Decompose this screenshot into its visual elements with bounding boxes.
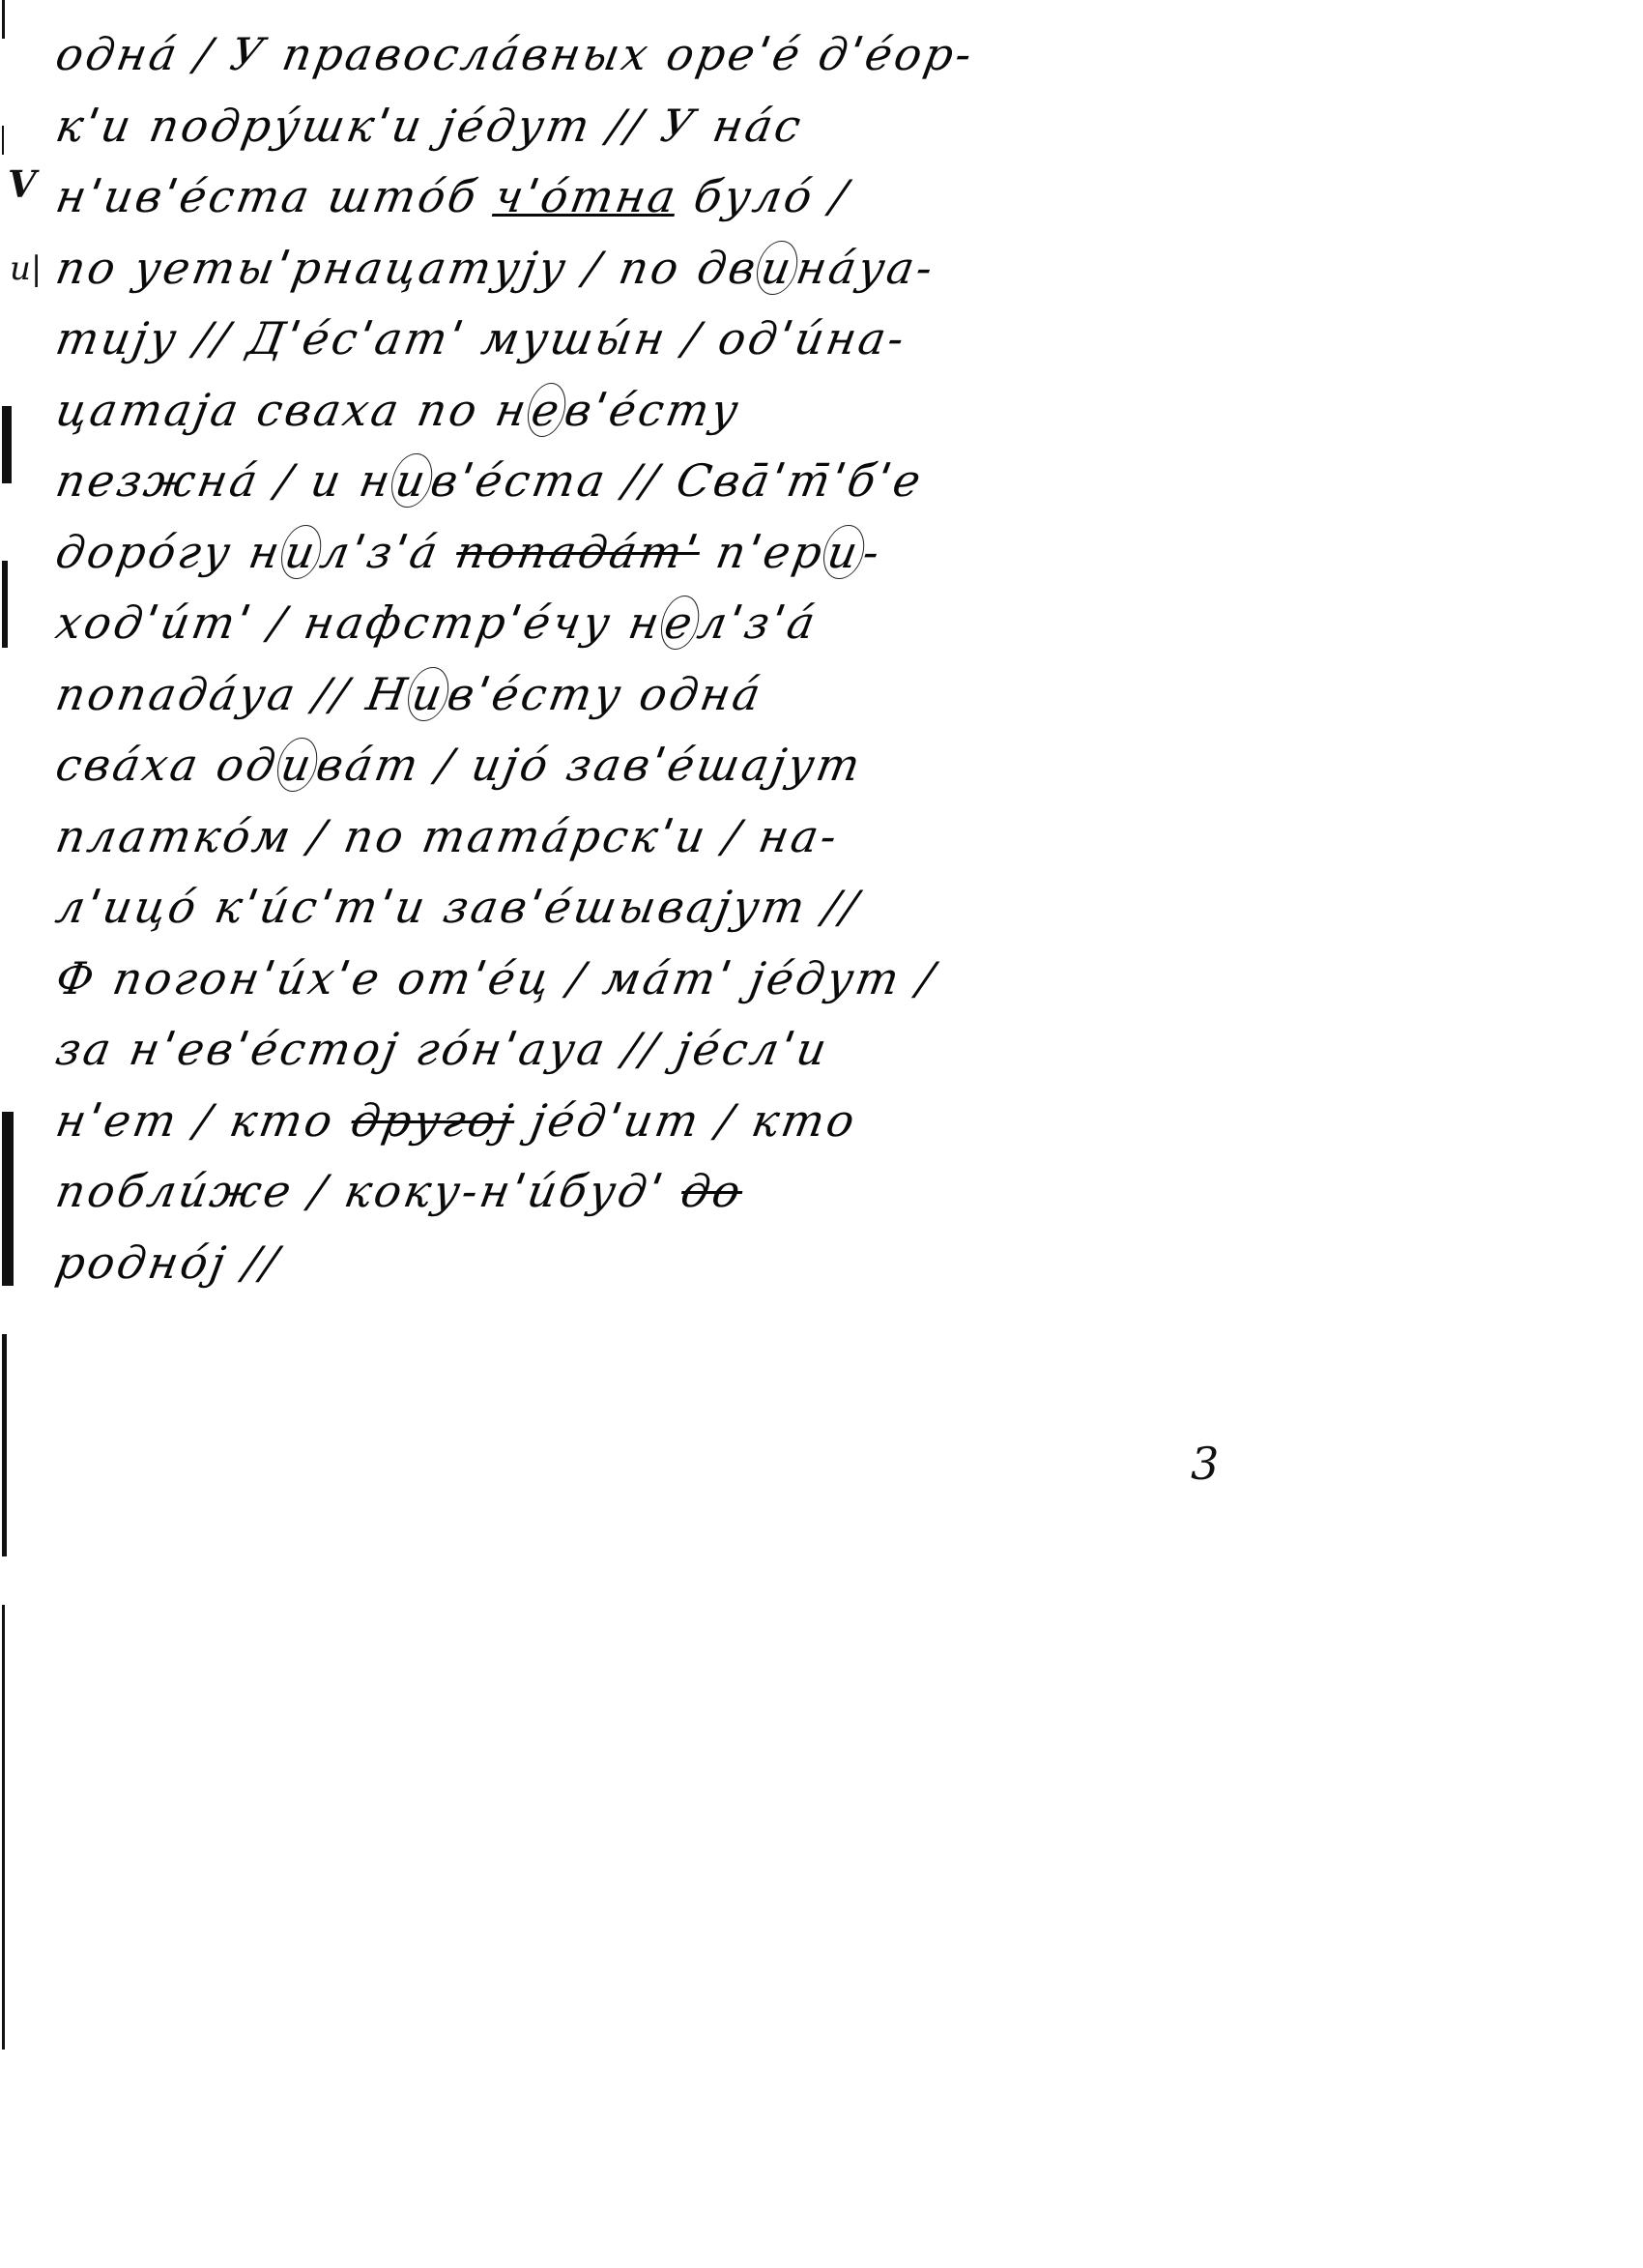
manuscript-line: одна́ / У правосла́вных ореˈе́ дˈе́ор- [50,19,1319,91]
text-segment: jе́дˈит / кто [510,1094,862,1147]
text-segment: попада́уа // Н [52,668,414,720]
page-number: 3 [1191,1438,1219,1490]
manuscript-line: побли́же / коку-нˈи́будˈ до [50,1156,1319,1228]
text-segment: платко́м / по тата́рскˈи / на- [52,810,844,862]
struck-text: другоj [347,1094,519,1147]
margin-checkmark: V [8,162,36,206]
manuscript-line: нˈет / кто другоj jе́дˈит / кто [50,1086,1319,1157]
text-segment: побли́же / коку-нˈи́будˈ [52,1165,686,1217]
text-segment: лˈицо́ кˈи́сˈтˈи завˈе́шываjут // [52,881,864,933]
text-segment: по уетыˈрнацатуjу / по дв [52,242,763,294]
text-segment: за нˈевˈе́стоj го́нˈауа // jе́слˈи [52,1023,833,1075]
text-segment: вˈе́сту одна́ [444,668,767,720]
text-segment: нˈет / кто [52,1094,357,1147]
text-segment: доро́гу н [52,526,286,578]
manuscript-line: доро́гу нилˈзˈа́ попада́тˈ пˈери- [50,517,1319,589]
text-segment: вˈе́сту [561,384,745,436]
manuscript-line: кˈи подру́шкˈи jе́дут // У на́с [50,91,1319,162]
struck-text: до [677,1165,747,1217]
manuscript-page: V и| одна́ / У правосла́вных ореˈе́ дˈе́… [0,0,1643,2268]
manuscript-line: пезжна́ / и нивˈе́ста // Свāˈт̄ˈбˈе [50,446,1319,517]
struck-text: попада́тˈ [452,526,705,578]
manuscript-line: лˈицо́ кˈи́сˈтˈи завˈе́шываjут // [50,872,1319,944]
text-segment: Ф погонˈи́хˈе отˈе́ц / ма́тˈ jе́дут / [52,952,940,1004]
margin-insert-mark: и| [10,249,42,288]
text-segment: ходˈи́тˈ / нафстрˈе́чу н [52,596,666,649]
manuscript-line: по уетыˈрнацатуjу / по двина́уа- [50,233,1319,305]
manuscript-line: ходˈи́тˈ / нафстрˈе́чу нелˈзˈа́ [50,588,1319,659]
text-segment: пˈе [695,526,797,578]
text-segment: родно́j // [52,1236,285,1289]
manuscript-line: попада́уа // Нивˈе́сту одна́ [50,659,1319,731]
manuscript-line: цатаjа сваха по невˈе́сту [50,375,1319,447]
manuscript-line: родно́j // [50,1228,1319,1299]
text-segment: тиjу // Дˈе́сˈатˈ мушы́н / одˈи́на- [52,312,911,364]
scanned-binding-edge [0,0,14,1566]
manuscript-line: тиjу // Дˈе́сˈатˈ мушы́н / одˈи́на- [50,304,1319,375]
underlined-text: чˈо́тна [491,170,682,222]
text-segment: одна́ / У правосла́вных ореˈе́ дˈе́ор- [52,28,978,80]
text-segment: цатаjа сваха по н [52,384,533,436]
text-segment: кˈи подру́шкˈи jе́дут // У на́с [52,100,808,152]
text-segment: сва́ха од [52,739,282,791]
manuscript-line: платко́м / по тата́рскˈи / на- [50,801,1319,873]
text-segment: пезжна́ / и н [52,454,397,507]
text-segment: вˈе́ста // Свāˈт̄ˈбˈе [427,454,928,507]
text-segment: лˈзˈа́ [694,596,821,649]
manuscript-line: сва́ха одива́т / иjо́ завˈе́шаjут [50,730,1319,801]
text-segment: лˈзˈа́ [316,526,461,578]
manuscript-line: за нˈевˈе́стоj го́нˈауа // jе́слˈи [50,1014,1319,1086]
text-segment: було́ / [673,170,853,222]
text-segment: ва́т / иjо́ завˈе́шаjут [312,739,866,791]
text-segment: нˈивˈе́ста што́б [52,170,500,222]
manuscript-line: Ф погонˈи́хˈе отˈе́ц / ма́тˈ jе́дут / [50,944,1319,1015]
handwritten-text-body: одна́ / У правосла́вных ореˈе́ дˈе́ор-кˈ… [50,19,1307,1298]
manuscript-line: нˈивˈе́ста што́б чˈо́тна було́ / [50,161,1319,233]
text-segment: на́уа- [793,242,939,294]
